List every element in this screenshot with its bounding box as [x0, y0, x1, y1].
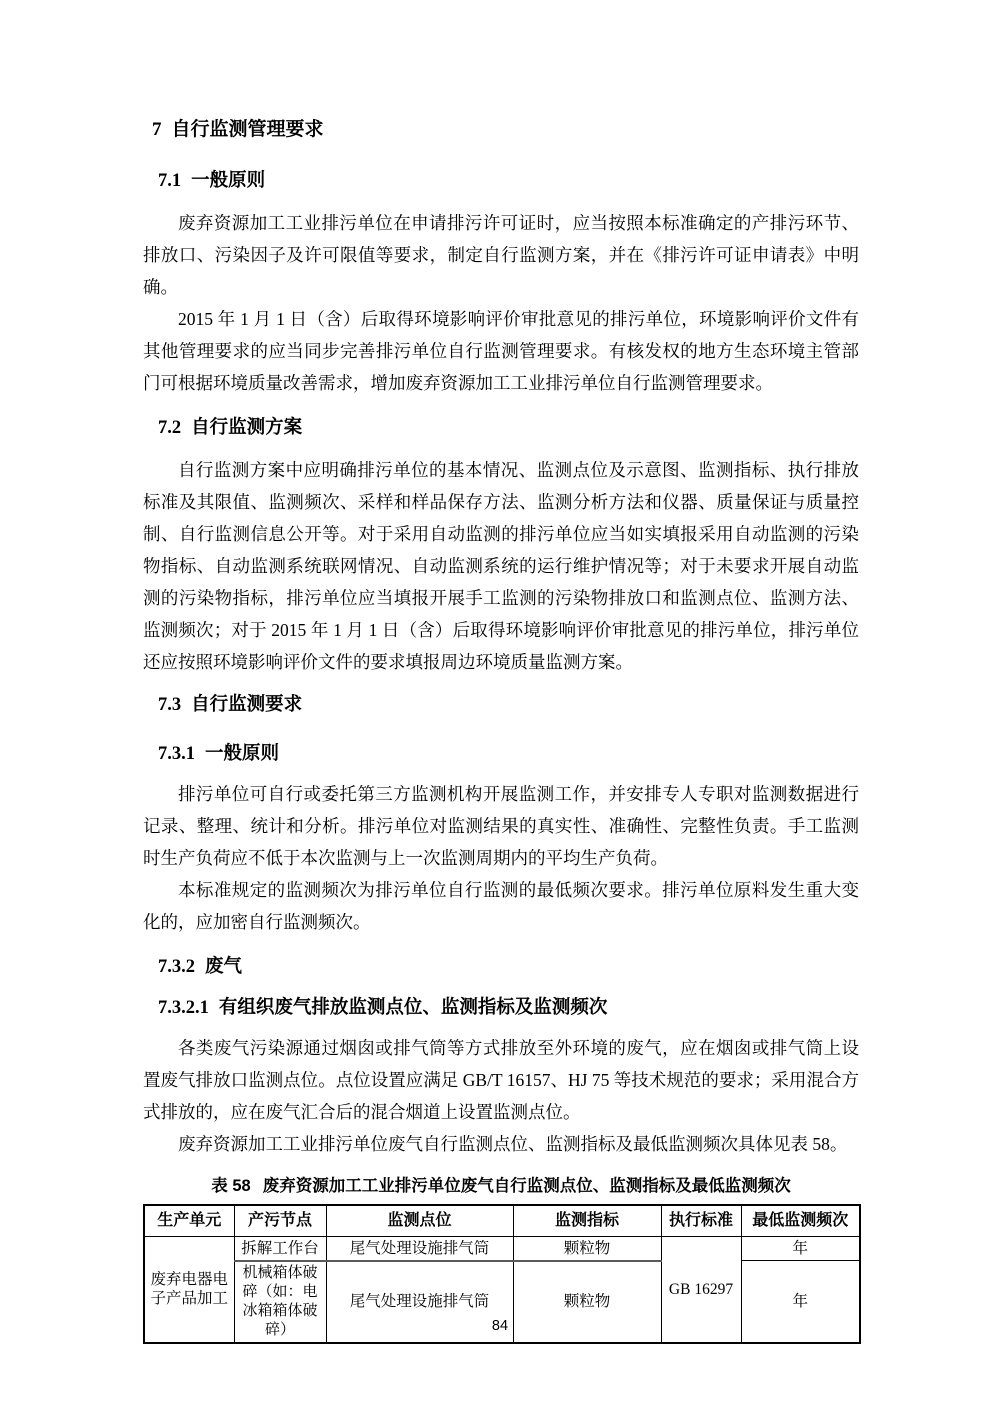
heading-7-3-2-1-number: 7.3.2.1	[158, 998, 209, 1018]
page-number: 84	[0, 1318, 1000, 1334]
column-header-monitoring-indicator: 监测指标	[513, 1205, 661, 1236]
table-58-header-row: 生产单元 产污节点 监测点位 监测指标 执行标准 最低监测频次	[144, 1205, 860, 1236]
cell-indicator-1: 颗粒物	[513, 1236, 661, 1261]
cell-point-1: 尾气处理设施排气筒	[326, 1236, 513, 1261]
cell-frequency-1: 年	[741, 1236, 860, 1261]
cell-node-1: 拆解工作台	[234, 1236, 326, 1261]
column-header-standard: 执行标准	[661, 1205, 741, 1236]
table-58-caption-label: 表 58	[211, 1177, 250, 1195]
paragraph-7-3-2-1-a: 各类废气污染源通过烟囱或排气筒等方式排放至外环境的废气，应在烟囱或排气筒上设置废…	[143, 1032, 859, 1128]
paragraph-7-1-b: 2015 年 1 月 1 日（含）后取得环境影响评价审批意见的排污单位，环境影响…	[143, 303, 859, 399]
paragraph-7-3-2-1-b: 废弃资源加工工业排污单位废气自行监测点位、监测指标及最低监测频次具体见表 58。	[143, 1128, 859, 1160]
heading-7-3-2-title: 废气	[205, 955, 242, 976]
heading-7: 7自行监测管理要求	[143, 118, 859, 142]
column-header-min-frequency: 最低监测频次	[741, 1205, 860, 1236]
heading-7-2-title: 自行监测方案	[191, 416, 302, 437]
table-58-caption: 表 58废弃资源加工工业排污单位废气自行监测点位、监测指标及最低监测频次	[143, 1176, 859, 1196]
document-page: 7自行监测管理要求 7.1一般原则 废弃资源加工工业排污单位在申请排污许可证时，…	[0, 0, 1000, 1414]
heading-7-1: 7.1一般原则	[143, 168, 859, 193]
heading-7-1-number: 7.1	[158, 171, 181, 191]
heading-7-1-title: 一般原则	[191, 169, 265, 190]
paragraph-7-3-1-a: 排污单位可自行或委托第三方监测机构开展监测工作，并安排专人专职对监测数据进行记录…	[143, 778, 859, 874]
heading-7-3-2-1-title: 有组织废气排放监测点位、监测指标及监测频次	[219, 996, 608, 1017]
column-header-pollution-node: 产污节点	[234, 1205, 326, 1236]
document-content: 7自行监测管理要求 7.1一般原则 废弃资源加工工业排污单位在申请排污许可证时，…	[143, 118, 859, 1344]
column-header-production-unit: 生产单元	[144, 1205, 234, 1236]
heading-7-number: 7	[152, 119, 162, 140]
heading-7-3-number: 7.3	[158, 695, 181, 715]
heading-7-title: 自行监测管理要求	[172, 119, 324, 140]
heading-7-3-2: 7.3.2废气	[143, 954, 859, 979]
heading-7-2-number: 7.2	[158, 418, 181, 438]
table-58-caption-title: 废弃资源加工工业排污单位废气自行监测点位、监测指标及最低监测频次	[263, 1177, 791, 1195]
heading-7-3-1: 7.3.1一般原则	[143, 741, 859, 766]
paragraph-7-1-a: 废弃资源加工工业排污单位在申请排污许可证时，应当按照本标准确定的产排污环节、排放…	[143, 207, 859, 303]
heading-7-3-title: 自行监测要求	[191, 693, 302, 714]
heading-7-3: 7.3自行监测要求	[143, 692, 859, 717]
column-header-monitoring-point: 监测点位	[326, 1205, 513, 1236]
paragraph-7-3-1-b: 本标准规定的监测频次为排污单位自行监测的最低频次要求。排污单位原料发生重大变化的…	[143, 874, 859, 938]
heading-7-3-2-number: 7.3.2	[158, 957, 195, 977]
table-row-1: 废弃电器电子产品加工 拆解工作台 尾气处理设施排气筒 颗粒物 GB 16297 …	[144, 1236, 860, 1261]
paragraph-7-2-a: 自行监测方案中应明确排污单位的基本情况、监测点位及示意图、监测指标、执行排放标准…	[143, 454, 859, 678]
heading-7-3-1-number: 7.3.1	[158, 744, 195, 764]
heading-7-3-1-title: 一般原则	[205, 742, 279, 763]
heading-7-2: 7.2自行监测方案	[143, 415, 859, 440]
heading-7-3-2-1: 7.3.2.1有组织废气排放监测点位、监测指标及监测频次	[143, 995, 859, 1020]
